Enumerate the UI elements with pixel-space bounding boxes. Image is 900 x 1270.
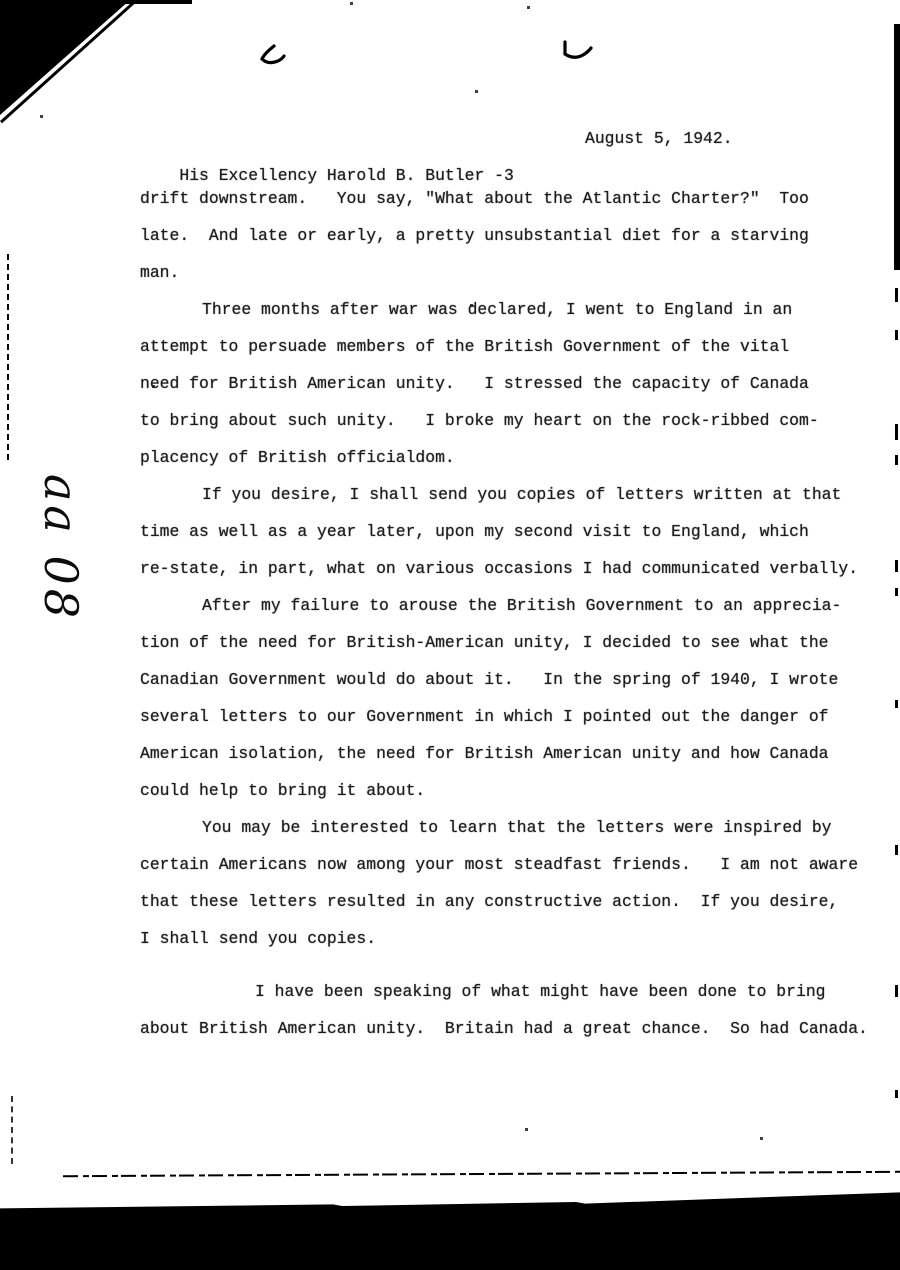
- typed-line: time as well as a year later, upon my se…: [140, 513, 885, 550]
- typed-line: re-state, in part, what on various occas…: [140, 550, 885, 587]
- scan-speck: [40, 115, 43, 118]
- typed-line: If you desire, I shall send you copies o…: [140, 476, 885, 513]
- check-mark-icon: [558, 40, 594, 62]
- typed-line: several letters to our Government in whi…: [140, 698, 885, 735]
- scan-speck: [475, 90, 478, 93]
- handwritten-archive-code: aa 08: [32, 474, 88, 614]
- scan-speck: [350, 2, 353, 5]
- scan-left-edge-dashes: [7, 254, 9, 460]
- letter-date: August 5, 1942.: [585, 120, 733, 157]
- scan-speck: [525, 1128, 528, 1131]
- typed-line: After my failure to arouse the British G…: [140, 587, 885, 624]
- typed-line: American isolation, the need for British…: [140, 735, 885, 772]
- typed-line: could help to bring it about.: [140, 772, 885, 809]
- scan-edge-dash: [895, 588, 898, 596]
- scan-speck: [527, 6, 530, 9]
- letter-header: His Excellency Harold B. Butler -3 Augus…: [140, 120, 880, 157]
- typed-line: to bring about such unity. I broke my he…: [140, 402, 885, 439]
- scan-edge-dash: [895, 700, 898, 708]
- scan-corner-artifact: [0, 0, 130, 115]
- typed-line: about British American unity. Britain ha…: [140, 1010, 885, 1047]
- scanned-letter-page: aa 08 His Excellency Harold B. Butler -3…: [0, 0, 900, 1270]
- letter-body: drift downstream. You say, "What about t…: [140, 180, 885, 1047]
- scan-edge-dash: [895, 985, 898, 997]
- scan-top-edge-artifact: [58, 0, 192, 4]
- check-mark-icon: [256, 44, 288, 68]
- scan-edge-dash: [895, 424, 898, 440]
- typed-line: I have been speaking of what might have …: [140, 973, 885, 1010]
- typed-line: certain Americans now among your most st…: [140, 846, 885, 883]
- typed-line: need for British American unity. I stres…: [140, 365, 885, 402]
- typed-line: that these letters resulted in any const…: [140, 883, 885, 920]
- typed-line: Three months after war was declared, I w…: [140, 291, 885, 328]
- typed-line: Canadian Government would do about it. I…: [140, 661, 885, 698]
- scan-edge-dash: [895, 455, 898, 465]
- typed-line: placency of British officialdom.: [140, 439, 885, 476]
- scan-edge-dash: [895, 1090, 898, 1098]
- scan-edge-dash: [895, 288, 898, 302]
- typed-line: tion of the need for British-American un…: [140, 624, 885, 661]
- scan-right-edge-artifact: [894, 24, 900, 270]
- typed-line: late. And late or early, a pretty unsubs…: [140, 217, 885, 254]
- typed-line: man.: [140, 254, 885, 291]
- scan-speck: [760, 1137, 763, 1140]
- scan-bottom-band-artifact: [0, 1190, 900, 1270]
- typed-line: drift downstream. You say, "What about t…: [140, 180, 885, 217]
- scan-edge-dash: [895, 560, 898, 572]
- bottom-dashed-rule: [63, 1171, 900, 1177]
- scan-edge-dash: [895, 845, 898, 855]
- scan-left-edge-dashes: [11, 1096, 13, 1164]
- typed-line: attempt to persuade members of the Briti…: [140, 328, 885, 365]
- typed-line: I shall send you copies.: [140, 920, 885, 957]
- typed-line: You may be interested to learn that the …: [140, 809, 885, 846]
- scan-edge-dash: [895, 330, 898, 340]
